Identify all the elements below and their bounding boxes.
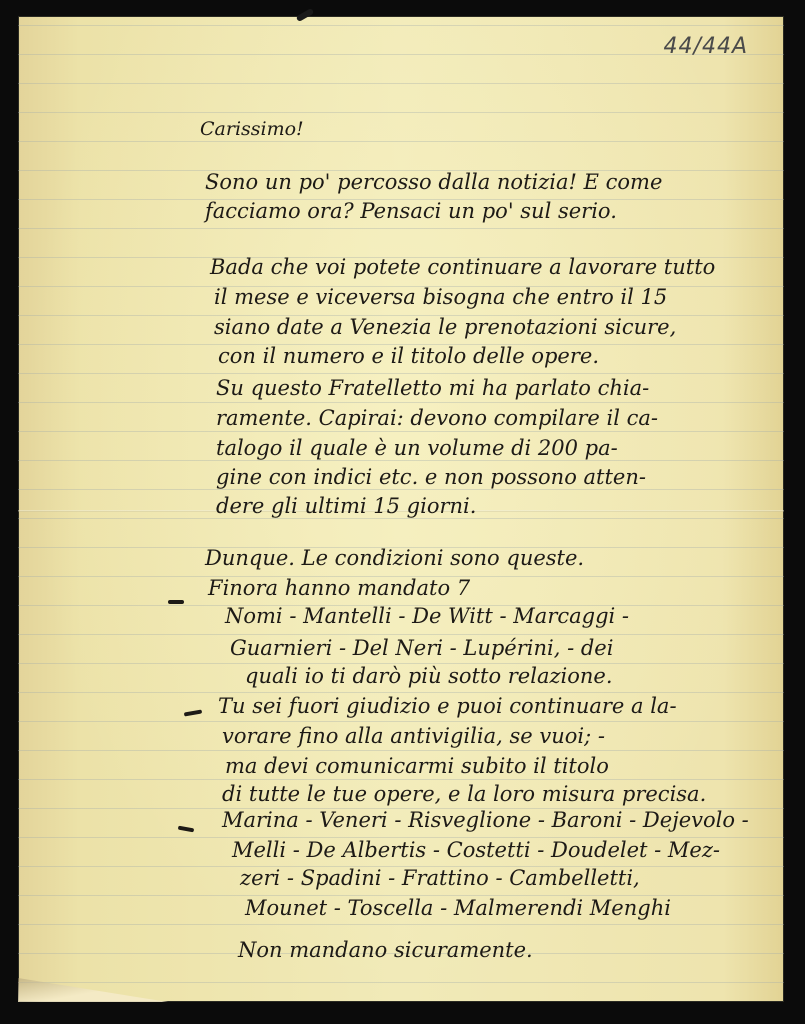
text-line: di tutte le tue opere, e la loro misura … (222, 782, 706, 806)
greeting: Carissimo! (200, 118, 304, 140)
text-line: gine con indici etc. e non possono atten… (216, 465, 646, 489)
text-line: Marina - Veneri - Risveglione - Baroni -… (222, 808, 749, 832)
text-line: Dunque. Le condizioni sono queste. (205, 546, 584, 570)
text-line: il mese e viceversa bisogna che entro il… (214, 285, 667, 309)
text-line: Finora hanno mandato 7 (208, 576, 470, 600)
margin-dash-mark (168, 600, 184, 604)
text-line: talogo il quale è un volume di 200 pa- (216, 436, 618, 460)
text-line: Mounet - Toscella - Malmerendi Menghi (245, 896, 671, 920)
text-line: ramente. Capirai: devono compilare il ca… (216, 406, 658, 430)
text-line: Sono un po' percosso dalla notizia! E co… (205, 170, 662, 194)
text-line: Su questo Fratelletto mi ha parlato chia… (216, 376, 649, 400)
text-line: quali io ti darò più sotto relazione. (245, 664, 613, 688)
text-line: Bada che voi potete continuare a lavorar… (210, 255, 715, 279)
closing-line: Non mandano sicuramente. (238, 938, 533, 962)
text-line: Guarnieri - Del Neri - Lupérini, - dei (230, 636, 613, 660)
text-line: vorare fino alla antivigilia, se vuoi; - (222, 724, 605, 748)
text-line: Melli - De Albertis - Costetti - Doudele… (232, 838, 720, 862)
text-line: ma devi comunicarmi subito il titolo (225, 754, 609, 778)
text-line: siano date a Venezia le prenotazioni sic… (214, 315, 676, 339)
text-line: facciamo ora? Pensaci un po' sul serio. (205, 199, 617, 223)
text-line: Tu sei fuori giudizio e puoi continuare … (218, 694, 677, 718)
page-corner-curl (18, 972, 168, 1002)
text-line: Nomi - Mantelli - De Witt - Marcaggi - (225, 604, 629, 628)
archive-number: 44/44A (664, 34, 748, 59)
text-line: zeri - Spadini - Frattino - Cambelletti, (240, 866, 640, 890)
text-line: con il numero e il titolo delle opere. (218, 344, 599, 368)
text-line: dere gli ultimi 15 giorni. (216, 494, 476, 518)
